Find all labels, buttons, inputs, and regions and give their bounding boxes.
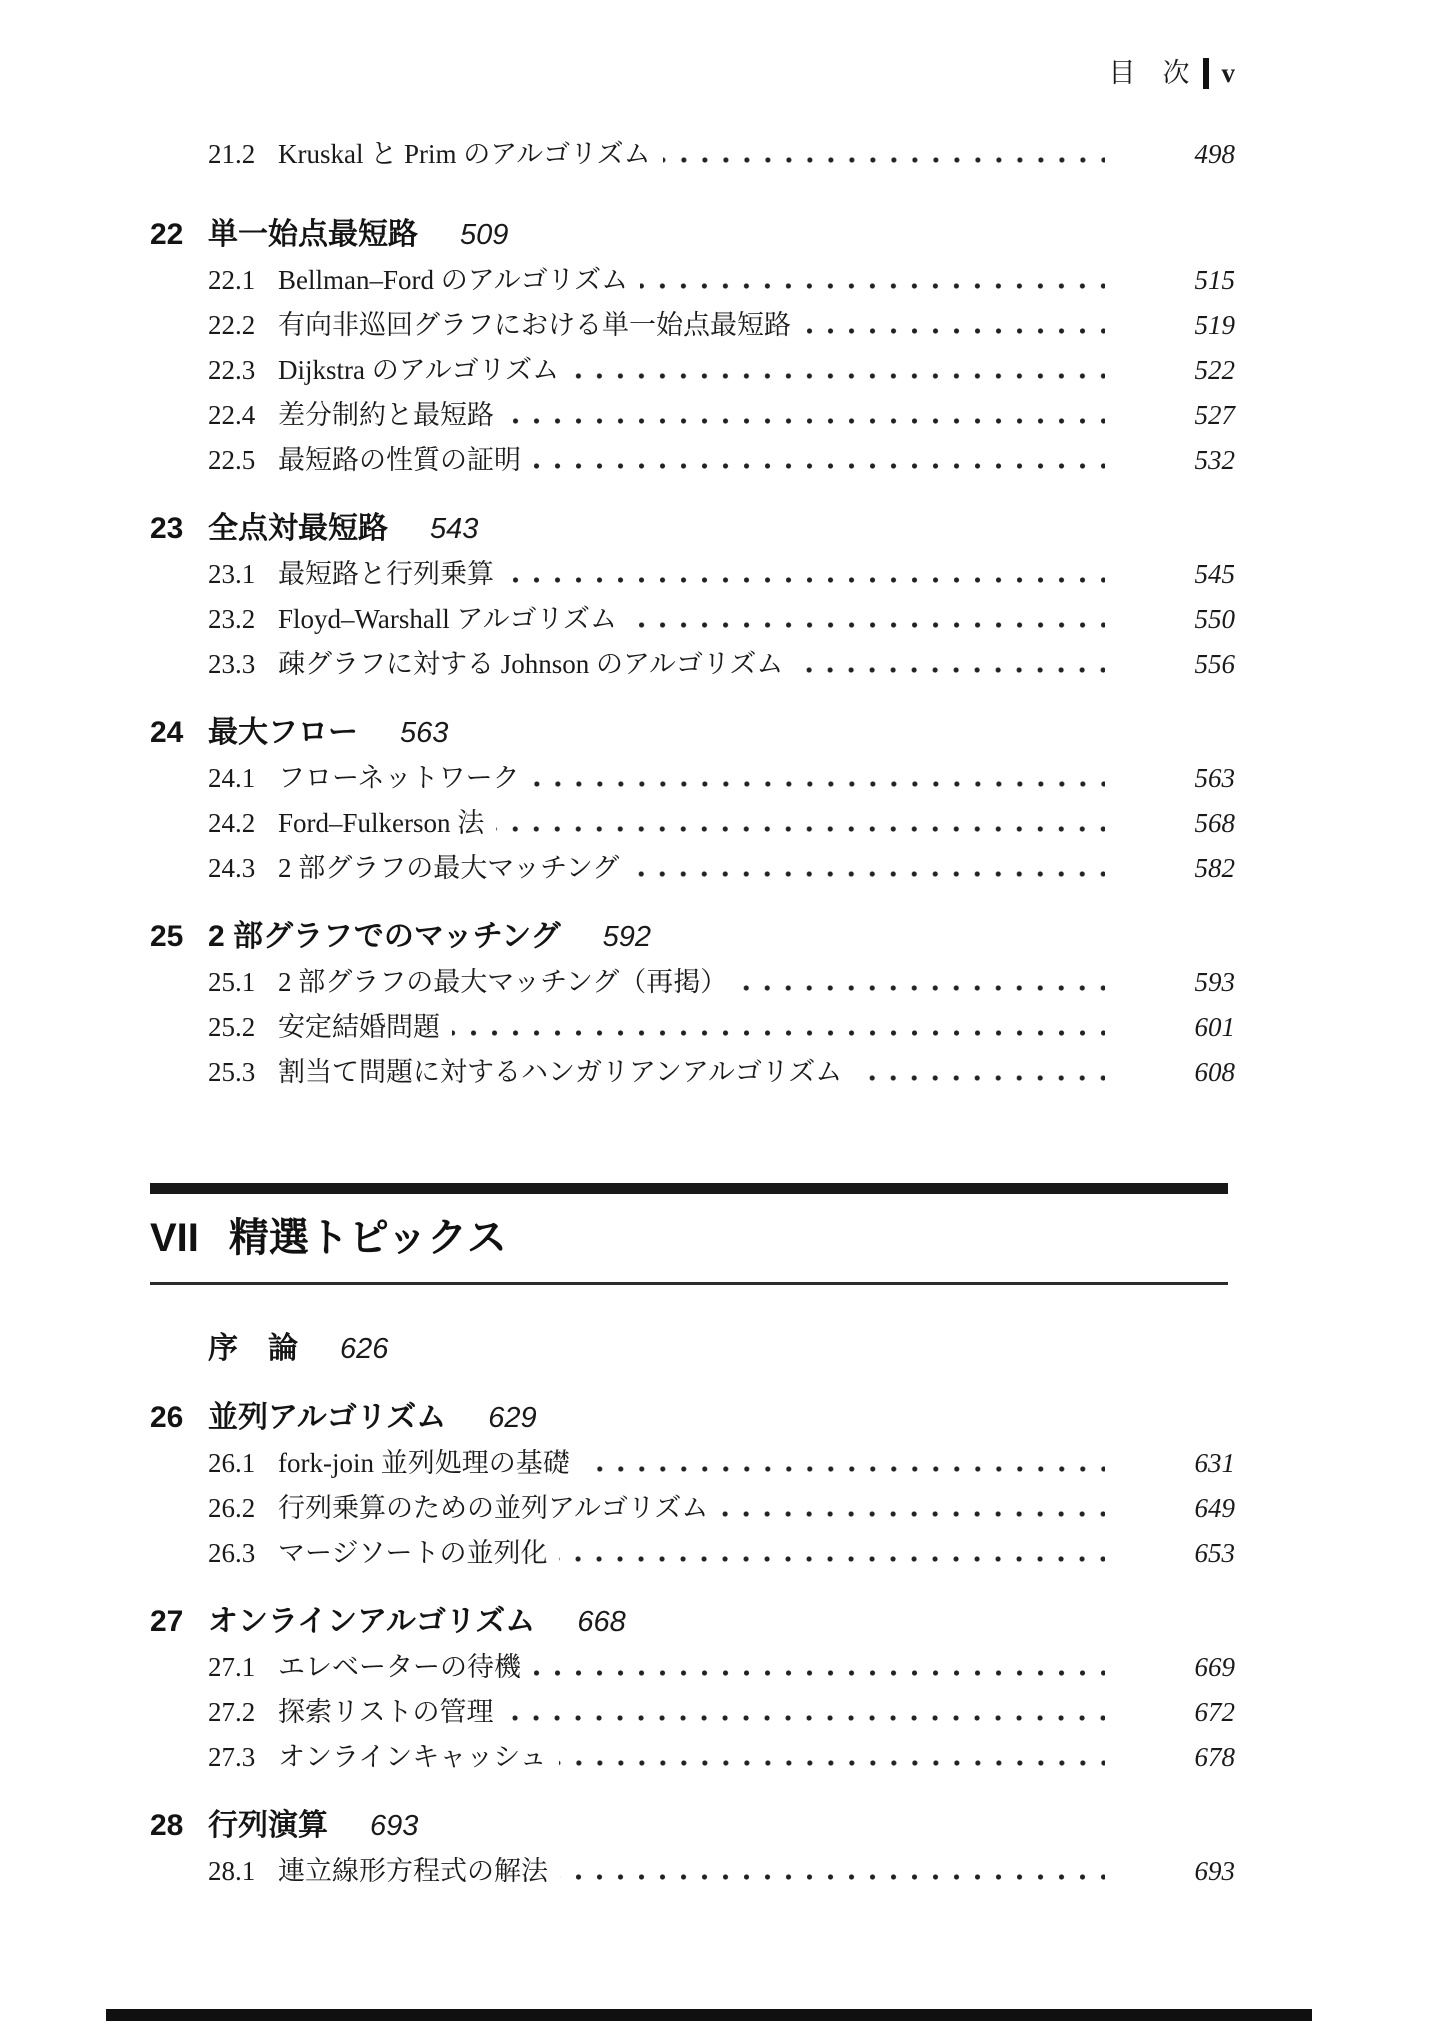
section-number: 25.3 <box>208 1050 278 1095</box>
toc-section-entry[interactable]: 26.2行列乗算のための並列アルゴリズム649 <box>208 1486 1235 1531</box>
section-number: 22.5 <box>208 438 278 483</box>
dot-leader <box>640 283 1105 289</box>
section-title: エレベーターの待機 <box>278 1645 521 1690</box>
dot-leader <box>559 1760 1105 1766</box>
toc-chapter-heading[interactable]: 23全点対最短路543 <box>150 505 1433 552</box>
section-page-number: 672 <box>1105 1690 1235 1735</box>
section-page-number: 653 <box>1105 1531 1235 1576</box>
section-number: 27.1 <box>208 1645 278 1690</box>
section-page-number: 568 <box>1105 801 1235 846</box>
chapter-number: 23 <box>150 505 208 552</box>
section-title: 最短路と行列乗算 <box>278 552 494 597</box>
section-number: 24.3 <box>208 846 278 891</box>
chapter-number: 25 <box>150 913 208 960</box>
toc-section-entry[interactable]: 27.2探索リストの管理672 <box>208 1690 1235 1735</box>
toc-lower-block: 26並列アルゴリズム62926.1fork-join 並列処理の基礎63126.… <box>0 1394 1433 1894</box>
section-title: 行列乗算のための並列アルゴリズム <box>278 1486 708 1531</box>
section-page-number: 669 <box>1105 1645 1235 1690</box>
chapter-page-number: 629 <box>488 1395 536 1442</box>
section-title: 最短路の性質の証明 <box>278 438 521 483</box>
section-number: 26.1 <box>208 1441 278 1486</box>
dot-leader <box>720 1511 1105 1517</box>
section-page-number: 563 <box>1105 756 1235 801</box>
chapter-title: 行列演算 <box>208 1802 328 1849</box>
section-title: Bellman–Ford のアルゴリズム <box>278 258 628 303</box>
section-title: フローネットワーク <box>278 756 520 801</box>
section-page-number: 519 <box>1105 303 1235 348</box>
toc-section-entry[interactable]: 24.2Ford–Fulkerson 法568 <box>208 801 1235 846</box>
toc-chapter-heading[interactable]: 24最大フロー563 <box>150 709 1433 756</box>
toc-section-entry[interactable]: 25.12 部グラフの最大マッチング（再掲）593 <box>208 960 1235 1005</box>
dot-leader <box>795 667 1105 673</box>
dot-leader <box>629 622 1105 628</box>
section-title: fork-join 並列処理の基礎 <box>278 1441 570 1486</box>
section-title: 疎グラフに対する Johnson のアルゴリズム <box>278 642 783 687</box>
chapter-title: 最大フロー <box>208 709 358 756</box>
section-number: 25.1 <box>208 960 278 1005</box>
toc-section-entry[interactable]: 26.3マージソートの並列化653 <box>208 1531 1235 1576</box>
toc-section-entry[interactable]: 22.1Bellman–Ford のアルゴリズム515 <box>208 258 1235 303</box>
section-number: 27.2 <box>208 1690 278 1735</box>
section-page-number: 608 <box>1105 1050 1235 1095</box>
section-number: 25.2 <box>208 1005 278 1050</box>
part-title: 精選トピックス <box>229 1214 507 1262</box>
section-page-number: 556 <box>1105 642 1235 687</box>
section-title: 2 部グラフの最大マッチング（再掲） <box>278 960 727 1005</box>
section-page-number: 593 <box>1105 960 1235 1005</box>
intro-page-number: 626 <box>340 1326 388 1373</box>
section-number: 24.1 <box>208 756 278 801</box>
toc-section-entry[interactable]: 28.1連立線形方程式の解法693 <box>208 1849 1235 1894</box>
dot-leader <box>571 373 1105 379</box>
section-number: 23.2 <box>208 597 278 642</box>
chapter-page-number: 543 <box>430 506 478 553</box>
part-divider-bar <box>150 1183 1228 1194</box>
toc-page: 目 次 v 21.2Kruskal と Prim のアルゴリズム49822単一始… <box>0 0 1433 2024</box>
chapter-title: 全点対最短路 <box>208 505 388 552</box>
section-page-number: 498 <box>1105 132 1235 177</box>
section-number: 23.3 <box>208 642 278 687</box>
dot-leader <box>532 781 1105 787</box>
toc-chapter-heading[interactable]: 252 部グラフでのマッチング592 <box>150 913 1433 960</box>
toc-section-entry[interactable]: 22.4差分制約と最短路527 <box>208 393 1235 438</box>
dot-leader <box>452 1030 1105 1036</box>
section-title: Floyd–Warshall アルゴリズム <box>278 597 617 642</box>
table-of-contents: 21.2Kruskal と Prim のアルゴリズム49822単一始点最短路50… <box>0 0 1433 1894</box>
section-number: 27.3 <box>208 1735 278 1780</box>
section-page-number: 693 <box>1105 1849 1235 1894</box>
dot-leader <box>496 826 1105 832</box>
section-number: 22.3 <box>208 348 278 393</box>
section-page-number: 515 <box>1105 258 1235 303</box>
toc-section-entry[interactable]: 23.3疎グラフに対する Johnson のアルゴリズム556 <box>208 642 1235 687</box>
dot-leader <box>631 871 1105 877</box>
section-number: 28.1 <box>208 1849 278 1894</box>
toc-section-entry[interactable]: 21.2Kruskal と Prim のアルゴリズム498 <box>208 132 1235 177</box>
section-number: 22.1 <box>208 258 278 303</box>
section-title: マージソートの並列化 <box>278 1531 547 1576</box>
toc-section-entry[interactable]: 24.32 部グラフの最大マッチング582 <box>208 846 1235 891</box>
section-title: Kruskal と Prim のアルゴリズム <box>278 132 651 177</box>
section-title: 有向非巡回グラフにおける単一始点最短路 <box>278 303 791 348</box>
dot-leader <box>533 463 1105 469</box>
toc-chapter-heading[interactable]: 27オンラインアルゴリズム668 <box>150 1598 1433 1645</box>
toc-section-entry[interactable]: 27.3オンラインキャッシュ678 <box>208 1735 1235 1780</box>
toc-section-entry[interactable]: 22.5最短路の性質の証明532 <box>208 438 1235 483</box>
dot-leader <box>506 418 1105 424</box>
toc-chapter-heading[interactable]: 22単一始点最短路509 <box>150 211 1433 258</box>
toc-section-entry[interactable]: 26.1fork-join 並列処理の基礎631 <box>208 1441 1235 1486</box>
section-title: 安定結婚問題 <box>278 1005 440 1050</box>
section-title: Dijkstra のアルゴリズム <box>278 348 559 393</box>
section-page-number: 601 <box>1105 1005 1235 1050</box>
intro-title: 序 論 <box>208 1325 298 1372</box>
section-title: Ford–Fulkerson 法 <box>278 801 484 846</box>
section-title: オンラインキャッシュ <box>278 1735 547 1780</box>
chapter-title: 2 部グラフでのマッチング <box>208 913 561 960</box>
dot-leader <box>854 1075 1105 1081</box>
toc-section-entry[interactable]: 27.1エレベーターの待機669 <box>208 1645 1235 1690</box>
chapter-page-number: 592 <box>603 914 651 961</box>
toc-chapter-heading[interactable]: 28行列演算693 <box>150 1802 1433 1849</box>
dot-leader <box>582 1466 1105 1472</box>
toc-section-entry[interactable]: 23.2Floyd–Warshall アルゴリズム550 <box>208 597 1235 642</box>
section-title: 割当て問題に対するハンガリアンアルゴリズム <box>278 1050 842 1095</box>
chapter-title: 単一始点最短路 <box>208 211 418 258</box>
footer-bar <box>106 2009 1312 2021</box>
dot-leader <box>505 1715 1105 1721</box>
section-number: 21.2 <box>208 132 278 177</box>
chapter-page-number: 509 <box>460 212 508 259</box>
section-number: 22.2 <box>208 303 278 348</box>
toc-section-entry[interactable]: 22.3Dijkstra のアルゴリズム522 <box>208 348 1235 393</box>
section-page-number: 550 <box>1105 597 1235 642</box>
section-page-number: 631 <box>1105 1441 1235 1486</box>
chapter-page-number: 693 <box>370 1803 418 1850</box>
toc-section-entry[interactable]: 25.3割当て問題に対するハンガリアンアルゴリズム608 <box>208 1050 1235 1095</box>
dot-leader <box>803 328 1105 334</box>
section-number: 26.2 <box>208 1486 278 1531</box>
section-title: 差分制約と最短路 <box>278 393 494 438</box>
section-page-number: 522 <box>1105 348 1235 393</box>
toc-chapter-heading[interactable]: 26並列アルゴリズム629 <box>150 1394 1433 1441</box>
section-number: 23.1 <box>208 552 278 597</box>
toc-upper-block: 21.2Kruskal と Prim のアルゴリズム49822単一始点最短路50… <box>0 132 1433 1095</box>
toc-section-entry[interactable]: 22.2有向非巡回グラフにおける単一始点最短路519 <box>208 303 1235 348</box>
chapter-number: 24 <box>150 709 208 756</box>
toc-intro-entry[interactable]: 序 論 626 <box>208 1325 1433 1372</box>
section-page-number: 532 <box>1105 438 1235 483</box>
dot-leader <box>533 1670 1105 1676</box>
chapter-number: 28 <box>150 1802 208 1849</box>
section-title: 探索リストの管理 <box>278 1690 493 1735</box>
dot-leader <box>663 157 1105 163</box>
part-heading: VII 精選トピックス <box>150 1214 1433 1262</box>
toc-section-entry[interactable]: 25.2安定結婚問題601 <box>208 1005 1235 1050</box>
section-page-number: 649 <box>1105 1486 1235 1531</box>
chapter-page-number: 668 <box>577 1599 625 1646</box>
section-number: 26.3 <box>208 1531 278 1576</box>
chapter-title: 並列アルゴリズム <box>208 1394 446 1441</box>
section-number: 22.4 <box>208 393 278 438</box>
section-number: 24.2 <box>208 801 278 846</box>
section-page-number: 527 <box>1105 393 1235 438</box>
chapter-number: 26 <box>150 1394 208 1441</box>
dot-leader <box>560 1874 1105 1880</box>
dot-leader <box>506 577 1105 583</box>
section-page-number: 582 <box>1105 846 1235 891</box>
toc-section-entry[interactable]: 24.1フローネットワーク563 <box>208 756 1235 801</box>
dot-leader <box>559 1556 1105 1562</box>
toc-section-entry[interactable]: 23.1最短路と行列乗算545 <box>208 552 1235 597</box>
part-number: VII <box>150 1214 199 1262</box>
section-page-number: 545 <box>1105 552 1235 597</box>
chapter-number: 27 <box>150 1598 208 1645</box>
chapter-title: オンラインアルゴリズム <box>208 1598 535 1645</box>
chapter-number: 22 <box>150 211 208 258</box>
chapter-page-number: 563 <box>400 710 448 757</box>
section-page-number: 678 <box>1105 1735 1235 1780</box>
part-divider-rule <box>150 1282 1228 1285</box>
part-divider: VII 精選トピックス <box>0 1183 1433 1285</box>
section-title: 2 部グラフの最大マッチング <box>278 846 619 891</box>
section-title: 連立線形方程式の解法 <box>278 1849 548 1894</box>
dot-leader <box>739 985 1105 991</box>
